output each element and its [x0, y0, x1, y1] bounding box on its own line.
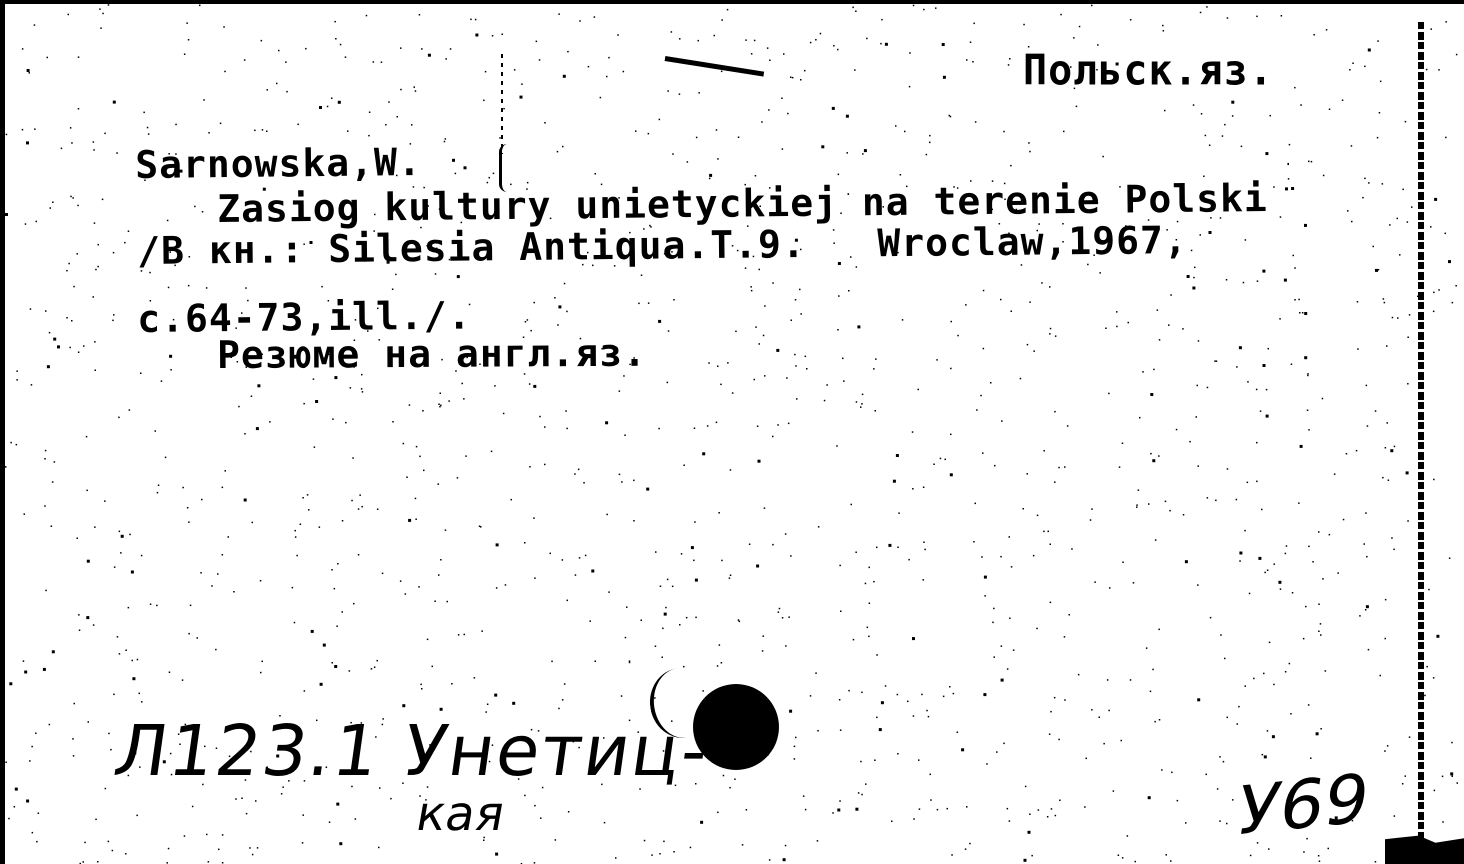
card-edge-rule [1418, 22, 1424, 842]
title-line-2: /В кн.: Silesia Antiqua.Т.9. Wroclaw,196… [137, 221, 1188, 270]
handwritten-shelf-mark: У69 [1233, 765, 1373, 846]
subject-heading: Польск.яз. [1023, 50, 1274, 92]
card-corner-mark [1385, 832, 1464, 864]
catalog-card: Польск.яз. Sarnowska,W. Zasiog kultury u… [0, 0, 1464, 864]
pen-stroke-mark [665, 56, 765, 77]
handwritten-classification: Л123.1 Унетиц- [110, 716, 714, 786]
summary-note: Резюме на англ.яз. [217, 334, 647, 374]
fold-line [501, 54, 503, 154]
author-name: Sarnowska,W. [135, 143, 422, 184]
punch-hole [693, 684, 779, 770]
handwritten-classification-continued: кая [413, 790, 509, 838]
